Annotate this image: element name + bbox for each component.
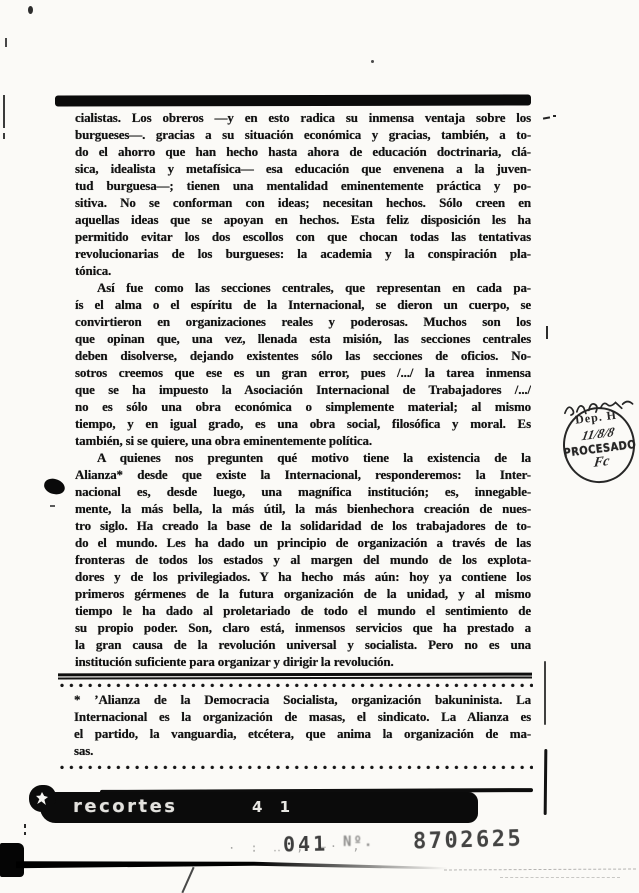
bottom-smudge-faint xyxy=(444,868,636,870)
text-line: tro siglo. Ha creado la base de la solid… xyxy=(75,517,531,534)
scan-speck xyxy=(543,116,550,119)
scan-speck xyxy=(3,133,5,139)
top-rule-bar xyxy=(55,95,531,107)
diagonal-scratch xyxy=(181,867,194,893)
margin-ink-dot xyxy=(43,477,67,496)
text-line: tiempo, y en igual grado, es una obra so… xyxy=(75,415,531,432)
scan-speck xyxy=(50,505,55,507)
text-line: sica, idealista y metafísica— esa educac… xyxy=(75,160,531,177)
bottom-smudge-line xyxy=(16,859,448,874)
text-line: convirtieron en organizaciones reales y … xyxy=(75,313,531,330)
text-line: sotros creemos que ese es un gran error,… xyxy=(75,364,531,381)
edge-line-segment xyxy=(544,661,546,725)
text-line: dores y de los privilegiados. Y ha hecho… xyxy=(75,568,531,585)
scan-speck xyxy=(5,38,7,47)
text-line: fronteras de todos los estados y al marg… xyxy=(75,551,531,568)
dotted-line-bottom xyxy=(60,765,533,770)
text-line: revolucionarias de los burgueses: la aca… xyxy=(75,245,531,262)
text-line: que opinan que, una vez, llenada esta mi… xyxy=(75,330,531,347)
text-line: tud burguesa—; tienen una mentalidad emi… xyxy=(75,177,531,194)
text-line: la gran causa de la revolución universal… xyxy=(75,636,531,653)
blob-star-icon xyxy=(36,792,48,805)
scan-speck xyxy=(371,60,374,63)
text-line: Así fue como las secciones centrales, qu… xyxy=(75,279,531,296)
serial-prefix: Nº. xyxy=(343,834,374,850)
procesado-stamp: Dep. H 11/8/8 PROCESADO Fc xyxy=(558,397,639,494)
text-line: sas. xyxy=(74,742,531,759)
label-bar-blob xyxy=(29,785,56,812)
text-line: do el mundo. Les ha dado un principio de… xyxy=(75,534,531,551)
text-line: sitiva. No se conforman con ideas; neces… xyxy=(75,194,531,211)
text-line: ís el alma o el espíritu de la Internaci… xyxy=(75,296,531,313)
edge-line-segment xyxy=(544,749,547,815)
text-line: Alianza* desde que existe la Internacion… xyxy=(75,466,531,483)
serial-left-number: 041 xyxy=(283,832,329,857)
scan-speck xyxy=(3,95,5,128)
text-line: Internacional es la organización de masa… xyxy=(74,708,531,725)
scan-speck xyxy=(24,824,26,828)
scan-speck xyxy=(24,832,26,835)
text-line: que se ha impuesto la Asociación Interna… xyxy=(75,381,531,398)
text-line: no es sólo una obra económica o simpleme… xyxy=(75,398,531,415)
scanned-page: cialistas. Los obreros —y en esto radica… xyxy=(0,0,639,893)
text-line: * ’Alianza de la Democracia Socialista, … xyxy=(74,691,531,708)
text-line: el partido, la vanguardia, etcétera, que… xyxy=(74,725,531,742)
corner-ink-blob xyxy=(0,843,24,877)
text-line: deben disolverse, dejando existentes sól… xyxy=(75,347,531,364)
footnote-separator-rule xyxy=(58,673,532,678)
collection-name: recortes xyxy=(73,796,178,817)
text-line: permitido evitar los dos escollos con qu… xyxy=(75,228,531,245)
text-line: mente, la más bella, la más útil, la más… xyxy=(75,500,531,517)
text-line: A quienes nos pregunten qué motivo tiene… xyxy=(75,449,531,466)
text-line: primeros gérmenes de la futura organizac… xyxy=(75,585,531,602)
bottom-smudge-faint2 xyxy=(500,877,620,878)
text-line: nacional es, desde luego, una magnífica … xyxy=(75,483,531,500)
dotted-line-top xyxy=(60,683,533,688)
scan-speck xyxy=(28,6,33,14)
scan-speck xyxy=(553,115,556,117)
scan-speck xyxy=(546,326,548,339)
text-line: burgueses—. gracias a su situación econó… xyxy=(75,126,531,143)
footnote-text: * ’Alianza de la Democracia Socialista, … xyxy=(74,691,531,759)
serial-number: 8702625 xyxy=(413,826,524,854)
text-line: institución suficiente para organizar y … xyxy=(75,653,531,670)
text-line: tónica. xyxy=(75,262,531,279)
text-line: tiempo le ha dado al proletariado de tod… xyxy=(75,602,531,619)
text-line: cialistas. Los obreros —y en esto radica… xyxy=(75,109,531,126)
text-line: también, si se quiere, una obra eminente… xyxy=(75,432,531,449)
text-line: do el ahorro que han hecho hasta ahora d… xyxy=(75,143,531,160)
text-line: su propio poder. Son, claro está, inmens… xyxy=(75,619,531,636)
recortes-label-bar: recortes 4 1 xyxy=(40,792,478,823)
text-line: aquellas ideas que se apoyan en hechos. … xyxy=(75,211,531,228)
body-text: cialistas. Los obreros —y en esto radica… xyxy=(75,109,531,670)
clipping-number: 4 1 xyxy=(252,798,296,816)
